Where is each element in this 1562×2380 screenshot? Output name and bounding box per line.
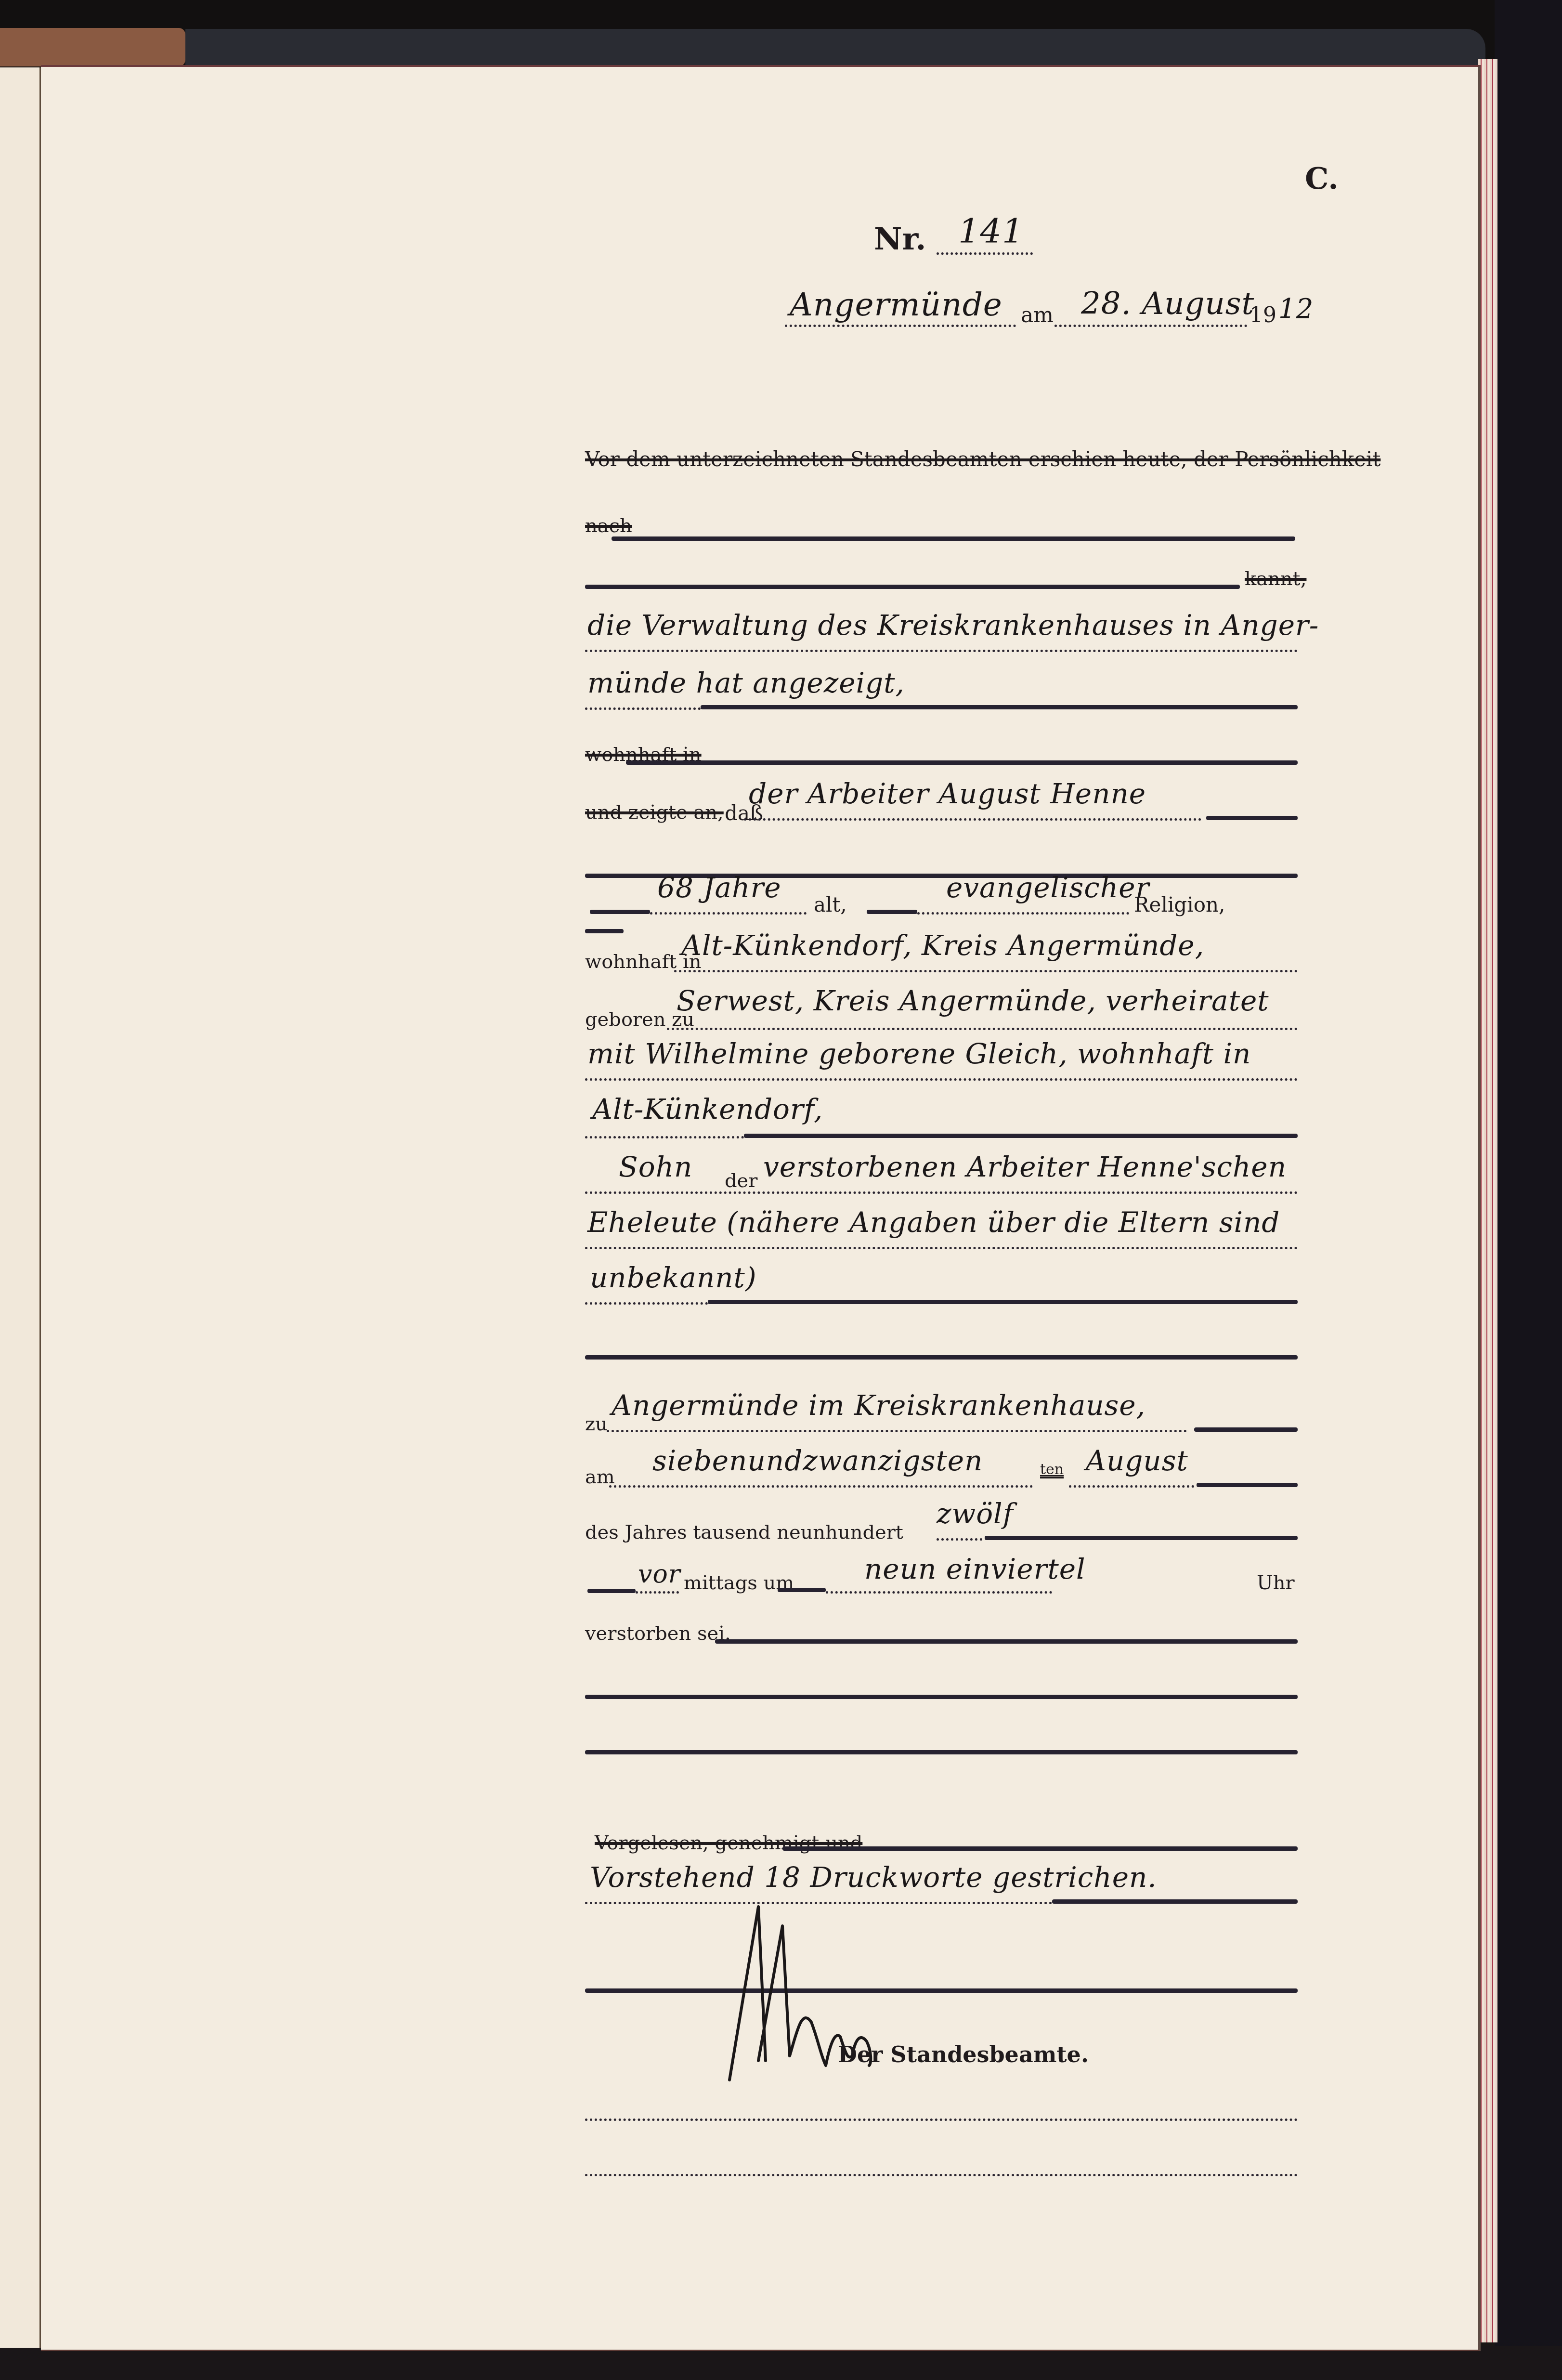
register-date: 28. August	[1081, 286, 1254, 322]
deceased-residence: Alt-Künkendorf, Kreis Angermünde,	[681, 929, 1204, 962]
red-page-edges	[1478, 59, 1497, 2342]
cancel-line	[778, 1588, 826, 1592]
cancel-line	[1194, 1427, 1298, 1432]
time-words: neun einviertel	[864, 1553, 1086, 1585]
cancel-line	[708, 1300, 1298, 1304]
deceased-dotted-line	[744, 818, 1201, 821]
register-number: 141	[958, 211, 1024, 251]
book-cover-right	[1495, 0, 1562, 2380]
parents-dotted-line	[585, 1191, 1298, 1194]
death-month-dotted-line	[1069, 1485, 1194, 1488]
death-year-dotted-line	[937, 1538, 982, 1541]
parents-dotted-line	[585, 1302, 708, 1305]
informant-line-1: die Verwaltung des Kreiskrankenhauses in…	[587, 609, 1319, 641]
cancel-line	[744, 1134, 1298, 1138]
parents-line-2: Eheleute (nähere Angaben über die Eltern…	[587, 1206, 1280, 1239]
deceased-birthplace: Serwest, Kreis Angermünde, verheiratet	[677, 984, 1269, 1017]
book-cover-bottom	[0, 2346, 1562, 2380]
alt-label: alt,	[814, 893, 847, 916]
deceased-age: 68 Jahre	[657, 871, 781, 904]
struck-vorgelesen: Vorgelesen, genehmigt und	[595, 1832, 862, 1854]
cancel-line	[585, 929, 624, 933]
religion-dash	[867, 910, 917, 914]
ten-suffix: ten	[1040, 1461, 1064, 1478]
cancel-line	[585, 1988, 1298, 1993]
cancel-line	[612, 536, 1295, 541]
register-place: Angermünde	[790, 286, 1002, 323]
spouse-dotted-line	[585, 1078, 1298, 1081]
death-year-words: zwölf	[937, 1497, 1014, 1530]
date-connector: am	[1021, 303, 1054, 327]
cancel-line	[715, 1639, 1298, 1644]
facing-page-edge	[0, 67, 41, 2348]
cancel-line	[1206, 816, 1298, 820]
age-dash	[590, 910, 650, 914]
parents-line-1: verstorbenen Arbeiter Henne'schen	[763, 1151, 1287, 1183]
year-suffix: 12	[1278, 293, 1314, 325]
spouse-dotted-line	[585, 1136, 744, 1138]
struck-kannt: kannt,	[1245, 568, 1306, 590]
uhr-label: Uhr	[1257, 1572, 1295, 1594]
time-dotted-line	[826, 1591, 1052, 1594]
cancel-line	[585, 585, 1240, 589]
death-day-dotted-line	[609, 1485, 1033, 1488]
death-place-dotted-line	[607, 1430, 1187, 1432]
parents-line-3: unbekannt)	[590, 1261, 757, 1294]
cloth-binding	[185, 29, 1485, 65]
date-dotted-line	[1054, 325, 1247, 327]
vor-value: vor	[638, 1560, 681, 1589]
cancel-line	[1197, 1483, 1298, 1487]
death-place: Angermünde im Kreiskrankenhause,	[612, 1389, 1145, 1422]
official-title: Der Standesbeamte.	[838, 2041, 1089, 2067]
section-letter: C.	[1305, 161, 1339, 196]
informant-dotted-line	[585, 650, 1298, 652]
struck-preamble-line: Vor dem unterzeichneten Standesbeamten e…	[585, 447, 1380, 471]
cancel-line	[782, 1846, 1298, 1851]
number-label: Nr.	[874, 221, 926, 257]
age-dotted-line	[650, 912, 807, 915]
parents-dotted-line	[585, 1247, 1298, 1249]
year-prefix: 19	[1250, 303, 1276, 327]
struck-und-zeigte: und zeigte an,	[585, 801, 724, 824]
cancel-line	[626, 760, 1298, 765]
vor-dotted-line	[636, 1591, 679, 1594]
signature-dotted-line	[585, 2174, 1298, 2176]
religion-dotted-line	[917, 912, 1129, 915]
cancel-line	[585, 1695, 1298, 1699]
informant-line-2: münde hat angezeigt,	[587, 667, 905, 699]
struck-nach: nach	[585, 515, 632, 537]
deceased-name: der Arbeiter August Henne	[749, 777, 1146, 810]
birthplace-dotted-line	[667, 1028, 1298, 1030]
number-dotted-line	[937, 252, 1033, 255]
cancel-line	[585, 1355, 1298, 1360]
zu-label: zu	[585, 1413, 608, 1435]
death-month: August	[1086, 1444, 1188, 1477]
verstorben-label: verstorben sei.	[585, 1622, 731, 1645]
parents-sohn: Sohn	[619, 1151, 692, 1183]
leather-spine-edge	[0, 28, 185, 66]
informant-dotted-line	[585, 707, 701, 710]
register-page: C. Nr. 141 Angermünde am 28. August 19 1…	[41, 65, 1481, 2351]
correction-note: Vorstehend 18 Druckworte gestrichen.	[590, 1861, 1157, 1894]
spouse-residence: Alt-Künkendorf,	[592, 1093, 823, 1125]
cancel-line	[985, 1536, 1298, 1540]
place-dotted-line	[785, 325, 1016, 327]
cancel-line	[701, 705, 1298, 709]
year-label: des Jahres tausend neunhundert	[585, 1521, 903, 1543]
spouse-line: mit Wilhelmine geborene Gleich, wohnhaft…	[587, 1037, 1251, 1070]
cancel-line	[585, 1750, 1298, 1754]
residence-dotted-line	[674, 970, 1298, 972]
death-day-words: siebenundzwanzigsten	[652, 1444, 983, 1477]
signature-dotted-line	[585, 2118, 1298, 2121]
religion-value: evangelischer	[946, 871, 1149, 904]
cancel-line	[587, 1589, 636, 1593]
parents-der-label: der	[725, 1170, 757, 1192]
cancel-line	[1052, 1899, 1298, 1904]
religion-label: Religion,	[1134, 893, 1225, 916]
